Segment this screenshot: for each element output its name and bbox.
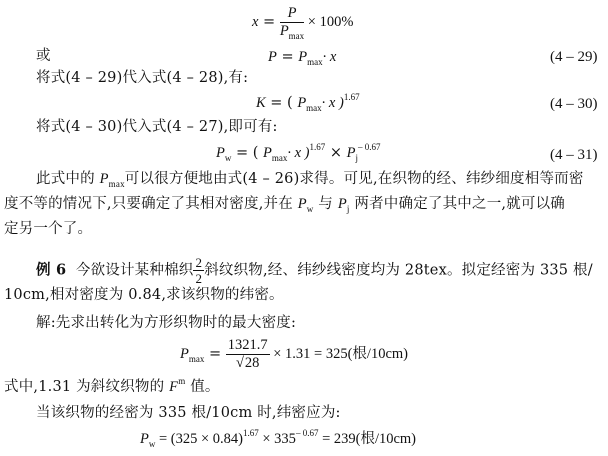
subscript-w: w — [149, 439, 156, 449]
solution-line: 解:先求出转化为方形织物时的最大密度: — [36, 316, 296, 331]
exponent-neg: – 0.67 — [296, 428, 319, 438]
text: 度不等的情况下,只要确定了其相对密度,并在 — [4, 196, 298, 212]
var-k: K — [256, 95, 266, 111]
denominator: 2 — [193, 271, 204, 285]
exponent: 1.67 — [243, 428, 259, 438]
substitution-text-4-29: 将式(4 – 29)代入式(4 – 28),有: — [36, 71, 248, 86]
substitution-text-4-30: 将式(4 – 30)代入式(4 – 27),即可有: — [36, 120, 278, 135]
denominator-base: P — [280, 23, 289, 39]
text: 斜纹织物,经、纬纱线密度均为 28tex。拟定经密为 335 根/ — [204, 263, 593, 279]
paragraph-line-2: 度不等的情况下,只要确定了其相对密度,并在 Pw 与 Pj 两者中确定了其中之一… — [4, 197, 565, 212]
times-335: × 335 — [259, 431, 296, 447]
equation-relative-density: x = PPmax × 100% — [252, 6, 353, 38]
rhs: × 100% — [304, 14, 353, 30]
times-sign: × — [325, 145, 346, 161]
subscript-j: j — [347, 204, 350, 214]
subscript-w: w — [307, 204, 314, 214]
equals-paren: = ( — [266, 95, 298, 111]
equation-4-30: K = ( Pmax· x )1.67 — [256, 96, 360, 111]
equation-number-4-30: (4 – 30) — [550, 97, 598, 112]
text: 今欲设计某种棉织 — [76, 263, 194, 279]
superscript-m: m — [178, 376, 185, 386]
subscript-max: max — [189, 354, 205, 364]
exponent-neg: – 0.67 — [358, 142, 381, 152]
text: 此式中的 — [36, 171, 100, 187]
equation-pmax-calc: Pmax = 1321.7√28 × 1.31 = 325(根/10cm) — [180, 338, 408, 370]
equals-sign: = — [258, 14, 279, 30]
weft-density-line: 当该织物的经密为 335 根/10cm 时,纬密应为: — [36, 406, 341, 421]
example-line-1: 例 6 今欲设计某种棉织22斜纹织物,经、纬纱线密度均为 28tex。拟定经密为… — [36, 256, 593, 285]
subscript-max: max — [272, 153, 288, 163]
exponent: 1.67 — [344, 92, 360, 102]
text: 与 — [314, 196, 338, 212]
var-p: P — [100, 171, 109, 187]
numerator: 2 — [193, 256, 204, 271]
equals-sign: = — [204, 346, 225, 362]
equation-number-4-29: (4 – 29) — [550, 50, 598, 65]
fraction: 1321.7√28 — [226, 338, 270, 370]
text: 两者中确定了其中之一,就可以确 — [350, 196, 565, 212]
radicand: 28 — [244, 354, 260, 371]
fm-line: 式中,1.31 为斜纹织物的 Fm 值。 — [4, 380, 220, 395]
subscript-w: w — [225, 153, 232, 163]
equation-number-4-31: (4 – 31) — [550, 148, 598, 163]
text: 式中,1.31 为斜纹织物的 — [4, 379, 169, 395]
subscript-max: max — [109, 179, 125, 189]
equals-sign: = — [277, 49, 298, 65]
sqrt-icon: √ — [236, 355, 244, 371]
or-label: 或 — [36, 49, 51, 64]
example-label: 例 6 — [36, 262, 66, 279]
subscript-max: max — [306, 103, 322, 113]
text: 值。 — [185, 379, 219, 395]
var-p: P — [338, 196, 347, 212]
equals-paren: = ( — [231, 145, 263, 161]
text: 可以很方便地由式(4 – 26)求得。可见,在织物的经、纬纱细度相等而密 — [125, 171, 584, 187]
var-p: P — [140, 431, 149, 447]
var-p: P — [298, 196, 307, 212]
denominator-sub: max — [289, 31, 305, 41]
var-f: F — [169, 379, 178, 395]
numerator: P — [280, 6, 304, 23]
subscript-max: max — [307, 57, 323, 67]
times-x: · x — [323, 49, 337, 65]
equation-pw-calc: Pw = (325 × 0.84)1.67 × 335– 0.67 = 239(… — [140, 432, 416, 447]
times-x-paren: · x ) — [287, 145, 309, 161]
exponent: 1.67 — [310, 142, 326, 152]
rhs: = 239(根/10cm) — [318, 431, 416, 447]
fraction: PPmax — [280, 6, 304, 38]
paragraph-line-1: 此式中的 Pmax可以很方便地由式(4 – 26)求得。可见,在织物的经、纬纱细… — [36, 172, 584, 187]
var-p: P — [263, 145, 272, 161]
var-p: P — [298, 49, 307, 65]
times-x-paren: · x ) — [322, 95, 344, 111]
example-line-2: 10cm,相对密度为 0.84,求该织物的纬密。 — [4, 288, 284, 303]
equation-4-29: P = Pmax· x — [268, 50, 336, 65]
paragraph-line-3: 定另一个了。 — [4, 222, 92, 237]
var-p: P — [180, 346, 189, 362]
twill-fraction: 22 — [193, 256, 204, 285]
subscript-j: j — [355, 153, 358, 163]
equals-expr: = (325 × 0.84) — [155, 431, 243, 447]
equation-4-31: Pw = ( Pmax· x )1.67 × Pj– 0.67 — [216, 146, 381, 161]
numerator: 1321.7 — [226, 338, 270, 355]
var-p: P — [216, 145, 225, 161]
rhs: × 1.31 = 325(根/10cm) — [270, 346, 408, 362]
var-p: P — [268, 49, 277, 65]
var-p: P — [297, 95, 306, 111]
